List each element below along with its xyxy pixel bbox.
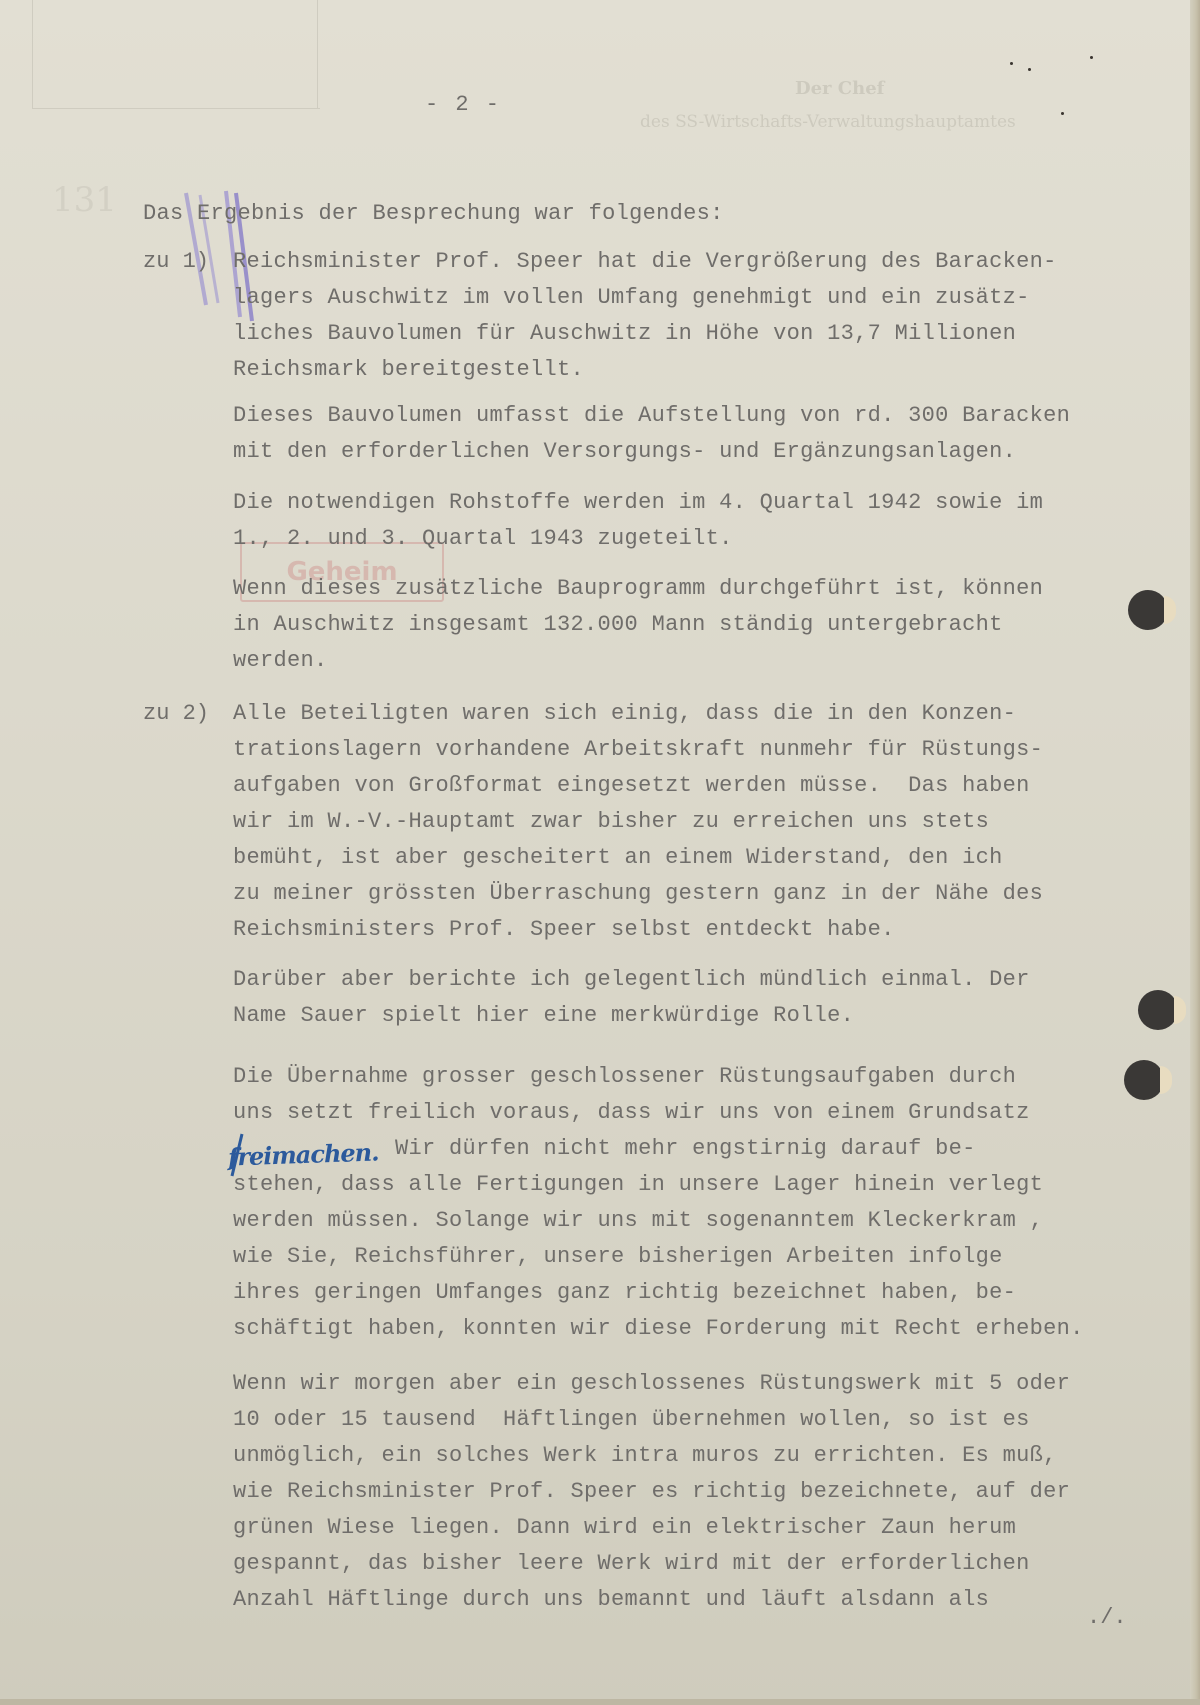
text-line: Dieses Bauvolumen umfasst die Aufstellun…	[233, 402, 1070, 430]
text-line: Name Sauer spielt hier eine merkwürdige …	[233, 1002, 854, 1030]
text-line: wie Reichsminister Prof. Speer es richti…	[233, 1478, 1070, 1506]
text-line: aufgaben von Großformat eingesetzt werde…	[233, 772, 1030, 800]
text-line: werden.	[233, 647, 328, 675]
text-line: 10 oder 15 tausend Häftlingen übernehmen…	[233, 1406, 1030, 1434]
ghost-header-line1: Der Chef	[795, 78, 884, 99]
text-line: zu meiner grössten Überraschung gestern …	[233, 880, 1043, 908]
section-label-2: zu 2)	[143, 700, 209, 728]
pen-stroke-icon	[228, 1130, 288, 1180]
text-line: wir im W.-V.-Hauptamt zwar bisher zu err…	[233, 808, 989, 836]
text-line: trationslagern vorhandene Arbeitskraft n…	[233, 736, 1043, 764]
text-line: schäftigt haben, konnten wir diese Forde…	[233, 1315, 1084, 1343]
text-line: gespannt, das bisher leere Werk wird mit…	[233, 1550, 1030, 1578]
page-number: - 2 -	[425, 92, 501, 117]
continuation-mark: ./.	[1087, 1605, 1127, 1630]
text-line: liches Bauvolumen für Auschwitz in Höhe …	[233, 320, 1016, 348]
section-label-1: zu 1)	[143, 248, 209, 276]
text-line: Alle Beteiligten waren sich einig, dass …	[233, 700, 1016, 728]
punch-hole-icon	[1138, 990, 1178, 1030]
text-line: Darüber aber berichte ich gelegentlich m…	[233, 966, 1030, 994]
text-line: bemüht, ist aber gescheitert an einem Wi…	[233, 844, 1003, 872]
text-line: Die Übernahme grosser geschlossener Rüst…	[233, 1063, 1016, 1091]
intro-line: Das Ergebnis der Besprechung war folgend…	[143, 200, 724, 228]
text-line: in Auschwitz insgesamt 132.000 Mann stän…	[233, 611, 1003, 639]
text-line: Reichsmark bereitgestellt.	[233, 356, 584, 384]
text-line: 1., 2. und 3. Quartal 1943 zugeteilt.	[233, 525, 733, 553]
paper-edge-bottom	[0, 1699, 1200, 1705]
text-line: Anzahl Häftlinge durch uns bemannt und l…	[233, 1586, 989, 1614]
text-line: unmöglich, ein solches Werk intra muros …	[233, 1442, 1057, 1470]
ghost-rule	[40, 108, 320, 109]
text-line: uns setzt freilich voraus, dass wir uns …	[233, 1099, 1030, 1127]
text-line: werden müssen. Solange wir uns mit sogen…	[233, 1207, 1043, 1235]
text-line: Die notwendigen Rohstoffe werden im 4. Q…	[233, 489, 1043, 517]
punch-hole-icon	[1124, 1060, 1164, 1100]
text-line: lagers Auschwitz im vollen Umfang genehm…	[233, 284, 1030, 312]
text-line: Reichsminister Prof. Speer hat die Vergr…	[233, 248, 1057, 276]
text-line: mit den erforderlichen Versorgungs- und …	[233, 438, 1016, 466]
text-line: stehen, dass alle Fertigungen in unsere …	[233, 1171, 1043, 1199]
text-line: Reichsministers Prof. Speer selbst entde…	[233, 916, 895, 944]
text-line: wie Sie, Reichsführer, unsere bisherigen…	[233, 1243, 1003, 1271]
text-line: grünen Wiese liegen. Dann wird ein elekt…	[233, 1514, 1016, 1542]
text-line: ihres geringen Umfanges ganz richtig bez…	[233, 1279, 1016, 1307]
punch-hole-icon	[1128, 590, 1168, 630]
text-line: Wenn wir morgen aber ein geschlossenes R…	[233, 1370, 1070, 1398]
ghost-header-line2: des SS-Wirtschafts-Verwaltungshauptamtes	[640, 112, 1016, 132]
text-line: Wenn dieses zusätzliche Bauprogramm durc…	[233, 575, 1043, 603]
paper-edge-right	[1190, 0, 1200, 1705]
document-page: Der Chef des SS-Wirtschafts-Verwaltungsh…	[0, 0, 1200, 1705]
ghost-stamp-box	[32, 0, 318, 109]
margin-number: 131	[52, 180, 117, 220]
